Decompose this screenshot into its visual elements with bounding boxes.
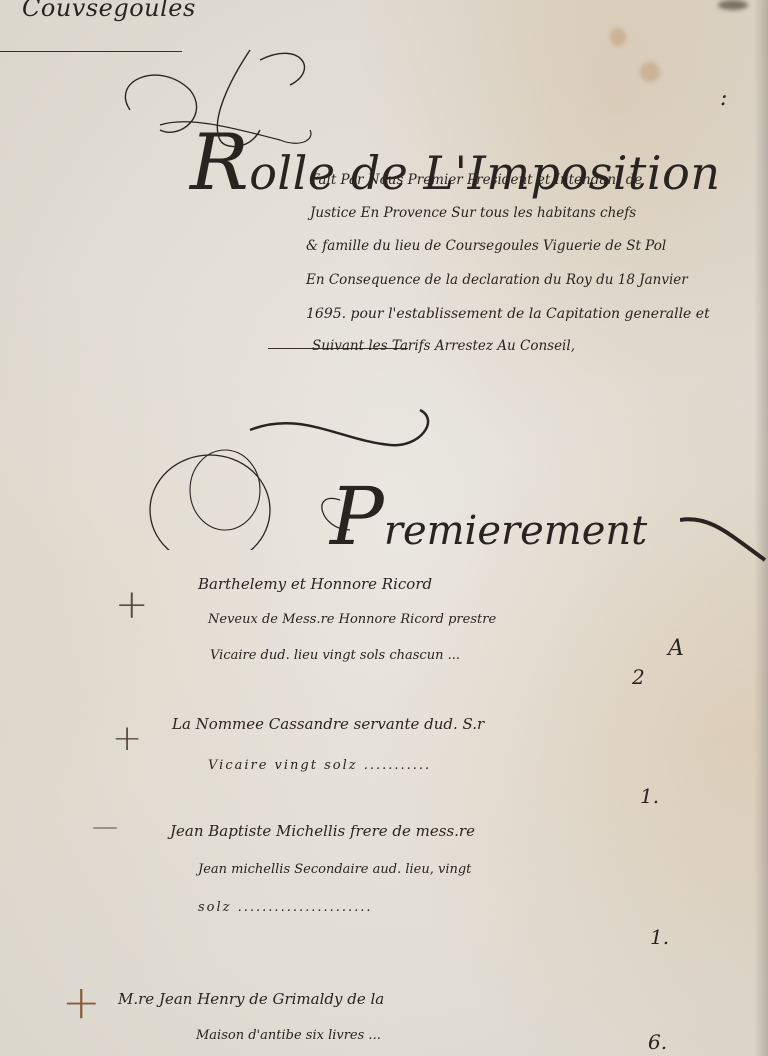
- entry-line: La Nommee Cassandre servante dud. S.r: [172, 715, 484, 733]
- entry-line: M.re Jean Henry de Grimaldy de la: [118, 990, 384, 1008]
- entry-mark: —: [92, 812, 118, 842]
- title-trailing-mark: :: [720, 86, 727, 111]
- section-initial: P: [330, 470, 384, 563]
- ink-stain: [610, 28, 626, 46]
- entry-line: Jean michellis Secondaire aud. lieu, vin…: [198, 862, 471, 877]
- ink-stain: [718, 0, 748, 10]
- preamble-line: En Consequence de la declaration du Roy …: [306, 272, 688, 288]
- section-heading: Premierement: [330, 470, 647, 563]
- preamble-line: & famille du lieu de Coursegoules Viguer…: [306, 238, 666, 254]
- entry-mark: +: [62, 975, 101, 1029]
- page-edge: [754, 0, 768, 1056]
- place-heading: Couvsegoules: [22, 0, 196, 22]
- entry-amount: 1.: [650, 925, 669, 949]
- preamble-line: Fait Par Nous Premier President et Inten…: [310, 172, 642, 188]
- entry-amount: 6.: [648, 1030, 667, 1054]
- entry-line: solz ......................: [198, 900, 373, 915]
- preamble-line: Justice En Provence Sur tous les habitan…: [310, 205, 636, 221]
- entry-line: Barthelemy et Honnore Ricord: [198, 575, 432, 593]
- entry-line: Vicaire vingt solz ...........: [208, 758, 431, 773]
- margin-note: A: [668, 636, 684, 661]
- entry-line: Jean Baptiste Michellis frere de mess.re: [170, 822, 475, 840]
- heading-underline: [0, 51, 182, 52]
- entry-mark: +: [115, 582, 149, 628]
- entry-line: Maison d'antibe six livres ...: [196, 1028, 381, 1043]
- ink-stain: [640, 62, 660, 82]
- entry-line: Neveux de Mess.re Honnore Ricord prestre: [208, 612, 496, 627]
- entry-amount: 1.: [640, 784, 659, 808]
- preamble-line: 1695. pour l'establissement de la Capita…: [306, 306, 710, 322]
- title-initial: R: [190, 118, 249, 208]
- entry-amount: 2: [632, 665, 645, 689]
- document-title: Rolle de L'Imposition: [190, 118, 720, 208]
- entry-mark: +: [112, 718, 142, 759]
- entry-line: Vicaire dud. lieu vingt sols chascun ...: [210, 648, 460, 663]
- section-text: remierement: [384, 508, 647, 554]
- preamble-line: Suivant les Tarifs Arrestez Au Conseil,: [312, 338, 575, 354]
